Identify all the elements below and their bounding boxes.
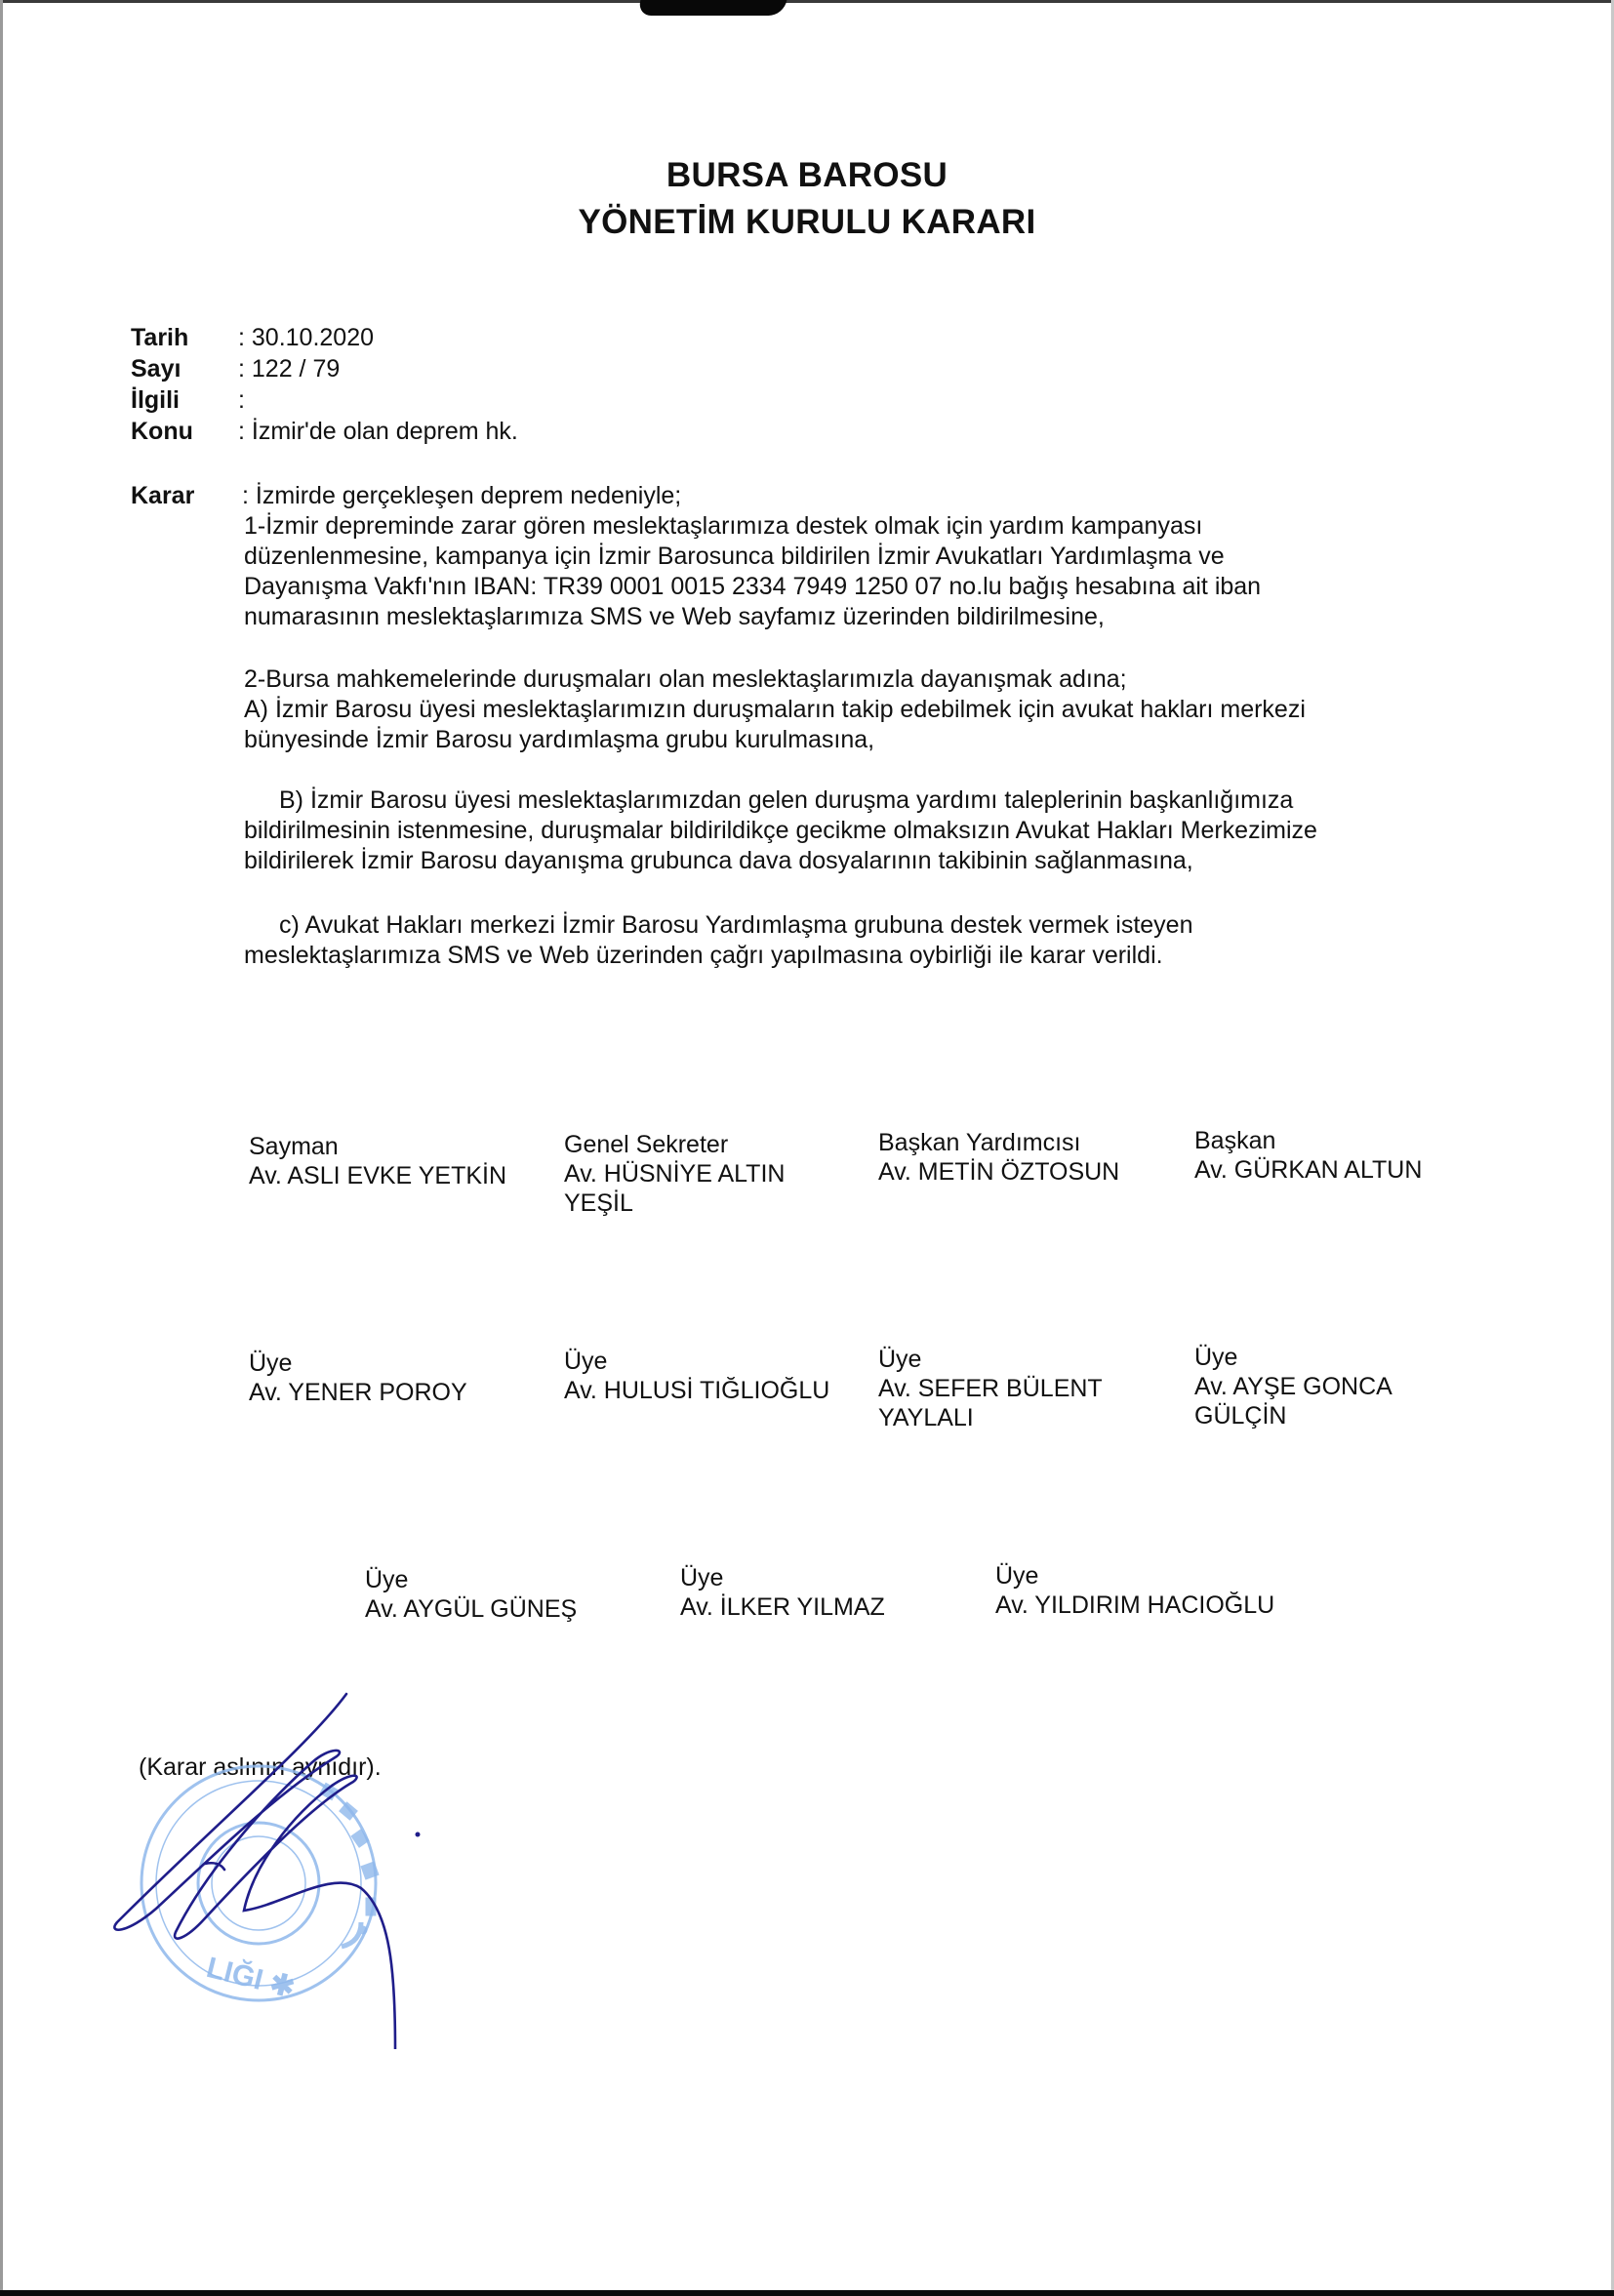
document-type-title: YÖNETİM KURULU KARARI <box>0 203 1614 242</box>
signatory-role: Üye <box>878 1345 1103 1374</box>
decision-line: meslektaşlarımıza SMS ve Web üzerinden ç… <box>244 941 1513 971</box>
signatory-role: Üye <box>680 1563 885 1592</box>
meta-row-subject: Konu : İzmir'de olan deprem hk. <box>131 416 518 447</box>
decision-paragraph-2: 2-Bursa mahkemelerinde duruşmaları olan … <box>244 665 1513 755</box>
signatory-role: Genel Sekreter <box>564 1130 785 1159</box>
signatory-name: Av. YILDIRIM HACIOĞLU <box>995 1591 1274 1620</box>
signatory-president: Başkan Av. GÜRKAN ALTUN <box>1194 1126 1422 1185</box>
signatory-role: Başkan <box>1194 1126 1422 1155</box>
organization-title: BURSA BAROSU <box>0 156 1614 195</box>
meta-value: : <box>238 384 245 416</box>
signatory-role: Sayman <box>249 1132 506 1161</box>
document-page: BURSA BAROSU YÖNETİM KURULU KARARI Tarih… <box>0 0 1614 2296</box>
signatory-name: Av. AYGÜL GÜNEŞ <box>365 1594 577 1624</box>
signatory-name-cont: YEŞİL <box>564 1188 785 1218</box>
meta-label: Sayı <box>131 353 238 384</box>
signatory-name: Av. METİN ÖZTOSUN <box>878 1157 1119 1187</box>
decision-paragraph-4: c) Avukat Hakları merkezi İzmir Barosu Y… <box>244 910 1513 971</box>
signatory-vice-president: Başkan Yardımcısı Av. METİN ÖZTOSUN <box>878 1128 1119 1187</box>
signatory-member: Üye Av. YENER POROY <box>249 1349 467 1407</box>
signatory-name: Av. HÜSNİYE ALTIN <box>564 1159 785 1188</box>
meta-value: : İzmir'de olan deprem hk. <box>238 416 518 447</box>
signatory-role: Üye <box>995 1561 1274 1591</box>
signatory-name-cont: GÜLÇİN <box>1194 1401 1392 1430</box>
signatory-name: Av. HULUSİ TIĞLIOĞLU <box>564 1376 829 1405</box>
signatory-member: Üye Av. SEFER BÜLENT YAYLALI <box>878 1345 1103 1432</box>
decision-line: B) İzmir Barosu üyesi meslektaşlarımızda… <box>244 785 1513 816</box>
signatory-member: Üye Av. AYGÜL GÜNEŞ <box>365 1565 577 1624</box>
signatory-name: Av. YENER POROY <box>249 1378 467 1407</box>
signatory-name: Av. AYŞE GONCA <box>1194 1372 1392 1401</box>
meta-row-number: Sayı : 122 / 79 <box>131 353 518 384</box>
decision-label-block: Karar <box>131 481 238 511</box>
decision-label: Karar <box>131 481 238 511</box>
document-meta: Tarih : 30.10.2020 Sayı : 122 / 79 İlgil… <box>131 322 518 447</box>
svg-text:LIĞI ✱: LIĞI ✱ <box>203 1951 298 2004</box>
scan-edge-left <box>0 0 3 2296</box>
signatory-role: Üye <box>249 1349 467 1378</box>
scan-edge-top <box>0 0 1614 3</box>
meta-value: : 30.10.2020 <box>238 322 374 353</box>
decision-line: bünyesinde İzmir Barosu yardımlaşma grub… <box>244 725 1513 755</box>
scan-blotch <box>638 0 787 16</box>
decision-line: bildirilmesinin istenmesine, duruşmalar … <box>244 816 1513 846</box>
signatory-general-secretary: Genel Sekreter Av. HÜSNİYE ALTIN YEŞİL <box>564 1130 785 1218</box>
meta-row-related: İlgili : <box>131 384 518 416</box>
decision-line: 1-İzmir depreminde zarar gören meslektaş… <box>244 511 1513 542</box>
signatory-role: Üye <box>564 1347 829 1376</box>
meta-label: Konu <box>131 416 238 447</box>
decision-line: bildirilerek İzmir Barosu dayanışma grub… <box>244 846 1513 876</box>
signatory-name: Av. İLKER YILMAZ <box>680 1592 885 1622</box>
scan-edge-bottom <box>0 2290 1614 2296</box>
decision-paragraph-3: B) İzmir Barosu üyesi meslektaşlarımızda… <box>244 785 1513 876</box>
decision-line: 2-Bursa mahkemelerinde duruşmaları olan … <box>244 665 1513 695</box>
signatory-name-cont: YAYLALI <box>878 1403 1103 1432</box>
signatory-role: Üye <box>365 1565 577 1594</box>
signatory-member: Üye Av. İLKER YILMAZ <box>680 1563 885 1622</box>
signatory-member: Üye Av. YILDIRIM HACIOĞLU <box>995 1561 1274 1620</box>
meta-label: Tarih <box>131 322 238 353</box>
signatory-name: Av. GÜRKAN ALTUN <box>1194 1155 1422 1185</box>
signatory-member: Üye Av. AYŞE GONCA GÜLÇİN <box>1194 1343 1392 1430</box>
decision-line: numarasının meslektaşlarımıza SMS ve Web… <box>244 602 1513 632</box>
decision-line: Dayanışma Vakfı'nın IBAN: TR39 0001 0015… <box>244 572 1513 602</box>
decision-line: c) Avukat Hakları merkezi İzmir Barosu Y… <box>244 910 1513 941</box>
decision-line: düzenlenmesine, kampanya için İzmir Baro… <box>244 542 1513 572</box>
signatory-name: Av. SEFER BÜLENT <box>878 1374 1103 1403</box>
decision-line: : İzmirde gerçekleşen deprem nedeniyle; <box>242 481 1513 511</box>
meta-value: : 122 / 79 <box>238 353 340 384</box>
signatory-name: Av. ASLI EVKE YETKİN <box>249 1161 506 1190</box>
signatory-member: Üye Av. HULUSİ TIĞLIOĞLU <box>564 1347 829 1405</box>
decision-line: A) İzmir Barosu üyesi meslektaşlarımızın… <box>244 695 1513 725</box>
decision-paragraph-1: : İzmirde gerçekleşen deprem nedeniyle; … <box>244 481 1513 632</box>
meta-label: İlgili <box>131 384 238 416</box>
meta-row-date: Tarih : 30.10.2020 <box>131 322 518 353</box>
signatory-role: Üye <box>1194 1343 1392 1372</box>
signatory-treasurer: Sayman Av. ASLI EVKE YETKİN <box>249 1132 506 1190</box>
signatory-role: Başkan Yardımcısı <box>878 1128 1119 1157</box>
official-stamp-and-signature-icon: LIĞI ✱ <box>98 1678 527 2049</box>
